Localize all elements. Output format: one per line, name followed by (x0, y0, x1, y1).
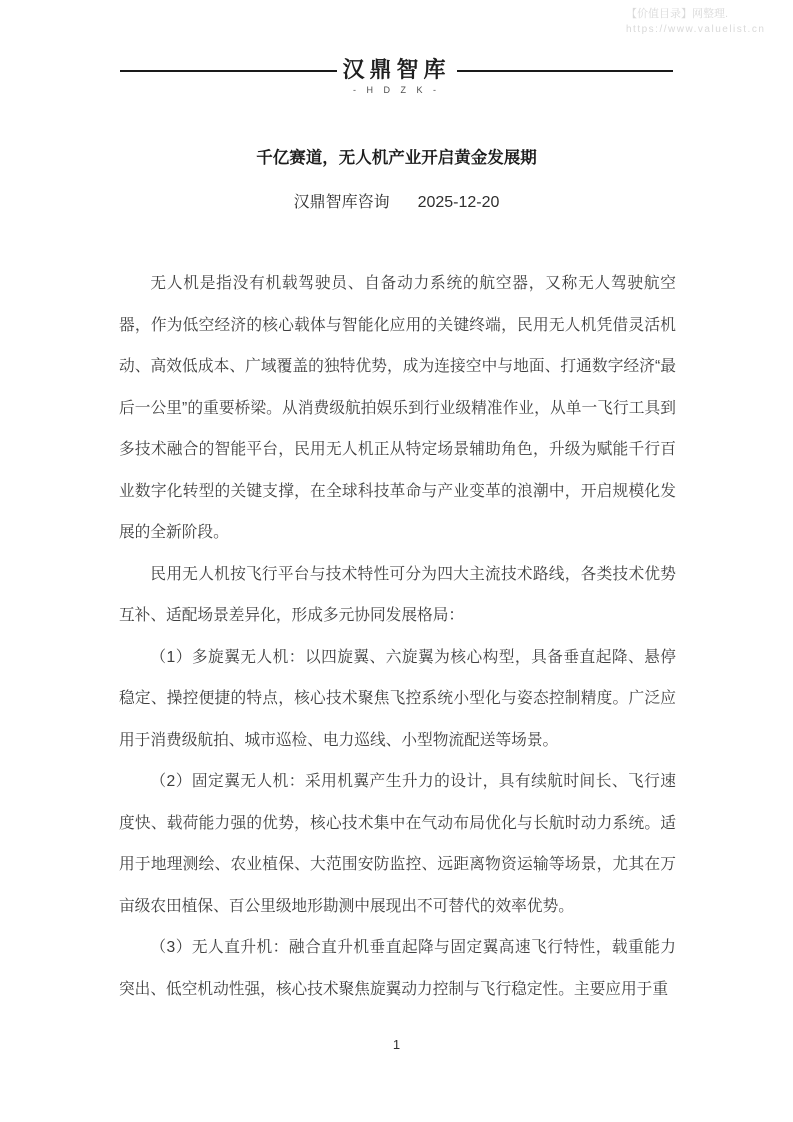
page-number: 1 (0, 1037, 793, 1052)
watermark: 【价值目录】网整理. https://www.valuelist.cn (626, 6, 765, 38)
logo-subtext: - H D Z K - (343, 85, 451, 96)
header-rule-right (457, 70, 674, 72)
document-body: 无人机是指没有机载驾驶员、自备动力系统的航空器，又称无人驾驶航空器，作为低空经济… (119, 263, 676, 1010)
paragraph-item-3-helicopter: （3）无人直升机：融合直升机垂直起降与固定翼高速飞行特性，载重能力突出、低空机动… (119, 927, 676, 1010)
page-header: 汉鼎智库 - H D Z K - (120, 57, 673, 96)
logo-text: 汉鼎智库 (343, 57, 451, 83)
byline-date: 2025-12-20 (418, 194, 500, 211)
paragraph-item-1-multirotor: （1）多旋翼无人机：以四旋翼、六旋翼为核心构型，具备垂直起降、悬停稳定、操控便捷… (119, 637, 676, 762)
paragraph-routes-overview: 民用无人机按飞行平台与技术特性可分为四大主流技术路线，各类技术优势互补、适配场景… (119, 554, 676, 637)
brand-logo: 汉鼎智库 - H D Z K - (337, 57, 457, 96)
byline-author: 汉鼎智库咨询 (294, 194, 390, 211)
paragraph-intro: 无人机是指没有机载驾驶员、自备动力系统的航空器，又称无人驾驶航空器，作为低空经济… (119, 263, 676, 554)
watermark-url: https://www.valuelist.cn (626, 22, 765, 38)
header-rule-left (120, 70, 337, 72)
document-title: 千亿赛道，无人机产业开启黄金发展期 (0, 148, 793, 168)
paragraph-item-2-fixedwing: （2）固定翼无人机：采用机翼产生升力的设计，具有续航时间长、飞行速度快、载荷能力… (119, 761, 676, 927)
watermark-source-text: 【价值目录】网整理. (626, 6, 765, 22)
byline: 汉鼎智库咨询2025-12-20 (0, 193, 793, 213)
